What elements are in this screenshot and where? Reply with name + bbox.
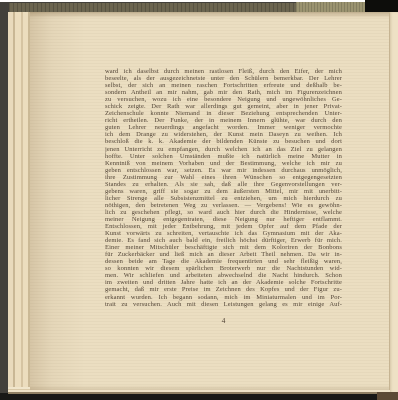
text-line: Standes zu erhalten. Als sie sah, daß al… (105, 181, 342, 188)
text-line: ich dem Drange zu widerstehen, der Kunst… (105, 131, 342, 138)
text-line: demie. Es fand sich auch bald ein, freil… (105, 237, 342, 244)
text-line: so konnten wir diesem spärlichen Broterw… (105, 265, 342, 272)
text-line: gebens waren, griff sie sogar zu dem äuß… (105, 188, 342, 195)
text-line: beseelte, als der ausgezeichnetste unter… (105, 75, 342, 82)
text-line: hoffte. Unter solchen Umständen mußte ic… (105, 153, 342, 160)
scanned-book-photo: ward ich daselbst durch meinen rastlosen… (0, 0, 398, 400)
text-line: nöthigen, den betretenen Weg zu verlasse… (105, 202, 342, 209)
text-line: im zweiten und dritten Jahre hatte ich a… (105, 279, 342, 286)
book-page: ward ich daselbst durch meinen rastlosen… (30, 12, 390, 390)
book-cover-bottom (0, 393, 398, 400)
text-line: Entschlossen, mit jeder Entbehrung, mit … (105, 223, 342, 230)
book-cover-corner (377, 392, 398, 400)
text-line: zu versuchen, wozu ich eine besondere Ne… (105, 96, 342, 103)
page-text: ward ich daselbst durch meinen rastlosen… (105, 68, 342, 309)
text-line: geben entschlossen war, setzen. Es war m… (105, 167, 342, 174)
text-line: Zeichenschule konnte Niemand in dieser B… (105, 110, 342, 117)
text-line: beschloß die k. k. Akademie der bildende… (105, 138, 342, 145)
text-line: schick zeigte. Der Rath war allerdings g… (105, 103, 342, 110)
text-line: licher Strenge alle Subsistenzmittel zu … (105, 195, 342, 202)
text-line: sondern Antheil an mir nahm, gab mir den… (105, 89, 342, 96)
text-line: richt ertheilen. Der Funke, der in meine… (105, 117, 342, 124)
text-line: Einer meiner Mitschüler beschäftigte sic… (105, 244, 342, 251)
text-line: guten Lehrer neuerdings angefacht worden… (105, 124, 342, 131)
page-number: 4 (105, 316, 342, 325)
text-line: Kunst vorwärts zu schreiten, vertauschte… (105, 230, 342, 237)
text-line: Kenntniß von meinem Vorhaben und der Bes… (105, 160, 342, 167)
text-line: erkannt wurden. Ich begann sodann, mich … (105, 294, 342, 301)
text-line: jenen Unterricht zu empfangen, durch wel… (105, 146, 342, 153)
text-line: selbst, der sich an meinen raschen Forts… (105, 82, 342, 89)
text-line: für Zuckerbäcker und ließ mich an dieser… (105, 251, 342, 258)
text-line: men. Wir schliefen und arbeiteten abwech… (105, 272, 342, 279)
text-line: trait zu versuchen. Auch mit diesen Leis… (105, 301, 342, 308)
text-line: meiner Neigung entgegentraten, diese Nei… (105, 216, 342, 223)
text-line: dessen beide am Tage die Akademie freque… (105, 258, 342, 265)
text-line: ward ich daselbst durch meinen rastlosen… (105, 68, 342, 75)
text-line: ihre Zustimmung zur Wahl eines ihren Wün… (105, 174, 342, 181)
text-line: gemacht, daß mir erste Preise im Zeichne… (105, 286, 342, 293)
text-line: lich zu geschehen pflegt, so ward auch h… (105, 209, 342, 216)
